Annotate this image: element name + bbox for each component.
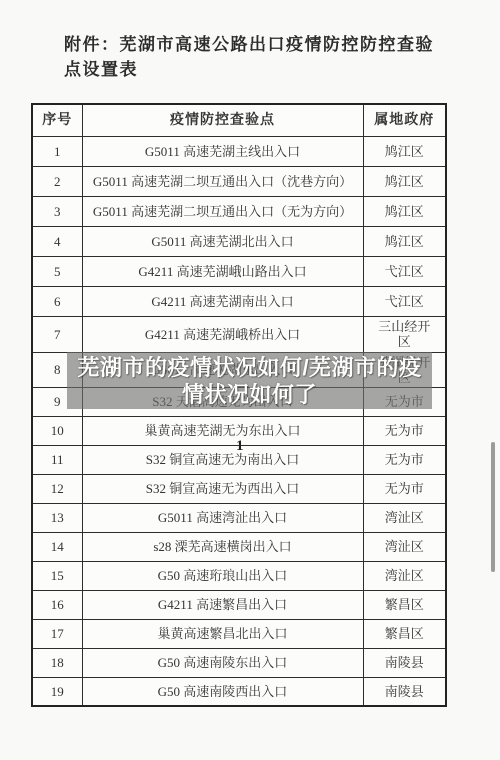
row-serial-number: 12 — [32, 474, 82, 503]
row-serial-number: 2 — [32, 166, 82, 196]
row-local-government: 湾沚区 — [363, 561, 446, 590]
row-local-government: 弋江区 — [363, 286, 446, 316]
table-row: 14 s28 溧芜高速横岗出入口 湾沚区 — [32, 532, 446, 561]
table-row: 4 G5011 高速芜湖北出入口 鸠江区 — [32, 226, 446, 256]
row-local-government: 鸠江区 — [363, 196, 446, 226]
row-local-government: 无为市 — [363, 416, 446, 445]
row-serial-number: 4 — [32, 226, 82, 256]
row-local-government: 弋江区 — [363, 256, 446, 286]
attachment-title: 附件：芜湖市高速公路出口疫情防控防控查验 点设置表 — [64, 32, 450, 82]
row-checkpoint: G5011 高速芜湖二坝互通出入口（沈巷方向） — [82, 166, 363, 196]
row-local-government: 湾沚区 — [363, 532, 446, 561]
row-checkpoint: G50 高速南陵东出入口 — [82, 648, 363, 677]
table-body: 1 G5011 高速芜湖主线出入口 鸠江区 2 G5011 高速芜湖二坝互通出入… — [32, 136, 446, 706]
row-local-government: 繁昌区 — [363, 590, 446, 619]
table-row: 12 S32 铜宣高速无为西出入口 无为市 — [32, 474, 446, 503]
row-local-government: 无为市 — [363, 445, 446, 474]
row-checkpoint: G5011 高速芜湖北出入口 — [82, 226, 363, 256]
stray-mark: 1 — [236, 438, 244, 455]
row-serial-number: 7 — [32, 316, 82, 352]
row-local-government: 三山经开 区 — [363, 316, 446, 352]
row-checkpoint: G50 高速珩琅山出入口 — [82, 561, 363, 590]
table-row: 2 G5011 高速芜湖二坝互通出入口（沈巷方向） 鸠江区 — [32, 166, 446, 196]
row-serial-number: 15 — [32, 561, 82, 590]
table-row: 13 G5011 高速湾沚出入口 湾沚区 — [32, 503, 446, 532]
header-serial-number: 序号 — [32, 104, 82, 136]
document-page: 附件：芜湖市高速公路出口疫情防控防控查验 点设置表 序号 疫情防控查验点 属地政… — [0, 0, 500, 760]
row-serial-number: 3 — [32, 196, 82, 226]
row-serial-number: 18 — [32, 648, 82, 677]
row-checkpoint: G5011 高速芜湖二坝互通出入口（无为方向） — [82, 196, 363, 226]
attachment-title-line-2: 点设置表 — [64, 57, 450, 82]
row-local-government: 鸠江区 — [363, 226, 446, 256]
row-checkpoint: S32 铜宣高速无为南出入口 — [82, 445, 363, 474]
row-serial-number: 17 — [32, 619, 82, 648]
row-serial-number: 19 — [32, 677, 82, 706]
row-serial-number: 1 — [32, 136, 82, 166]
table-row: 3 G5011 高速芜湖二坝互通出入口（无为方向） 鸠江区 — [32, 196, 446, 226]
row-local-government: 无为市 — [363, 474, 446, 503]
row-checkpoint: 巢黄高速芜湖无为东出入口 — [82, 416, 363, 445]
caption-line-2: 情状况如何了 — [182, 381, 317, 408]
table-header-row: 序号 疫情防控查验点 属地政府 — [32, 104, 446, 136]
row-checkpoint: G4211 高速繁昌出入口 — [82, 590, 363, 619]
table-row: 5 G4211 高速芜湖峨山路出入口 弋江区 — [32, 256, 446, 286]
row-serial-number: 11 — [32, 445, 82, 474]
attachment-title-line-1: 附件：芜湖市高速公路出口疫情防控防控查验 — [64, 32, 450, 57]
table-row: 1 G5011 高速芜湖主线出入口 鸠江区 — [32, 136, 446, 166]
row-serial-number: 13 — [32, 503, 82, 532]
row-local-government: 南陵县 — [363, 648, 446, 677]
table-row: 6 G4211 高速芜湖南出入口 弋江区 — [32, 286, 446, 316]
table-row: 17 巢黄高速繁昌北出入口 繁昌区 — [32, 619, 446, 648]
row-checkpoint: G4211 高速芜湖南出入口 — [82, 286, 363, 316]
table-row: 7 G4211 高速芜湖峨桥出入口 三山经开 区 — [32, 316, 446, 352]
row-checkpoint: 巢黄高速繁昌北出入口 — [82, 619, 363, 648]
row-local-government: 繁昌区 — [363, 619, 446, 648]
caption-line-1: 芜湖市的疫情状况如何/芜湖市的疫 — [77, 354, 421, 381]
row-local-government: 鸠江区 — [363, 136, 446, 166]
table-row: 16 G4211 高速繁昌出入口 繁昌区 — [32, 590, 446, 619]
row-serial-number: 14 — [32, 532, 82, 561]
row-checkpoint: G5011 高速芜湖主线出入口 — [82, 136, 363, 166]
table-row: 18 G50 高速南陵东出入口 南陵县 — [32, 648, 446, 677]
row-serial-number: 5 — [32, 256, 82, 286]
row-serial-number: 10 — [32, 416, 82, 445]
caption-overlay: 芜湖市的疫情状况如何/芜湖市的疫 情状况如何了 — [67, 352, 432, 409]
row-local-government: 鸠江区 — [363, 166, 446, 196]
row-checkpoint: G5011 高速湾沚出入口 — [82, 503, 363, 532]
table-row: 15 G50 高速珩琅山出入口 湾沚区 — [32, 561, 446, 590]
row-serial-number: 16 — [32, 590, 82, 619]
row-checkpoint: G4211 高速芜湖峨山路出入口 — [82, 256, 363, 286]
header-local-government: 属地政府 — [363, 104, 446, 136]
row-serial-number: 6 — [32, 286, 82, 316]
scrollbar-thumb[interactable] — [491, 442, 495, 572]
row-local-government: 湾沚区 — [363, 503, 446, 532]
row-checkpoint: S32 铜宣高速无为西出入口 — [82, 474, 363, 503]
row-checkpoint: G50 高速南陵西出入口 — [82, 677, 363, 706]
row-checkpoint: G4211 高速芜湖峨桥出入口 — [82, 316, 363, 352]
table-row: 19 G50 高速南陵西出入口 南陵县 — [32, 677, 446, 706]
row-checkpoint: s28 溧芜高速横岗出入口 — [82, 532, 363, 561]
row-local-government: 南陵县 — [363, 677, 446, 706]
header-checkpoint: 疫情防控查验点 — [82, 104, 363, 136]
